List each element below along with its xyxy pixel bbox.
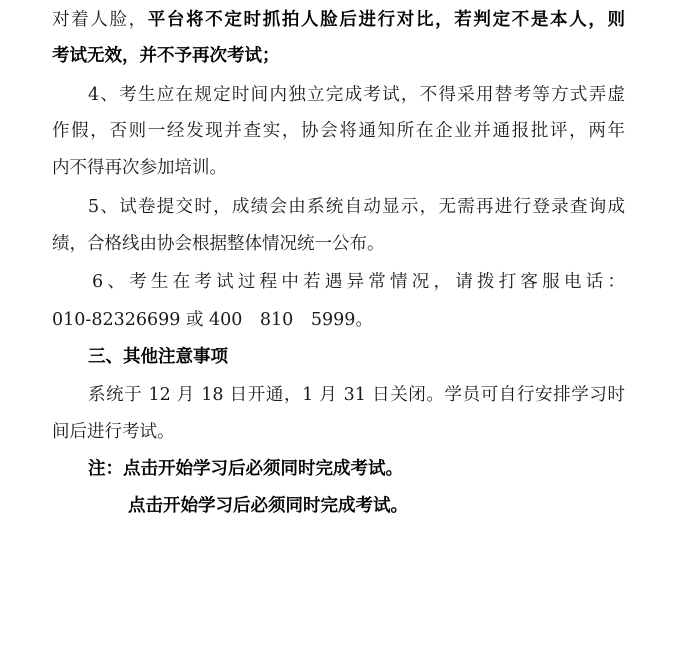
section3-line2: 间后进行考试。	[52, 414, 625, 451]
rule4-line1: 4、考生应在规定时间内独立完成考试，不得采用替考等方式弄虚	[88, 77, 625, 114]
note-line1: 注：点击开始学习后必须同时完成考试。	[88, 451, 625, 488]
rule3-continuation-line2: 考试无效，并不予再次考试；	[52, 38, 625, 75]
rule6-line1: 6、考生在考试过程中若遇异常情况，请拨打客服电话：	[92, 264, 625, 301]
rule5-line1: 5、试卷提交时，成绩会由系统自动显示，无需再进行登录查询成	[88, 189, 625, 226]
rule3-continuation-line1: 对着人脸，平台将不定时抓拍人脸后进行对比，若判定不是本人，则	[52, 2, 625, 39]
rule4-line2: 作假，否则一经发现并查实，协会将通知所在企业并通报批评，两年	[52, 113, 625, 150]
section3-heading: 三、其他注意事项	[88, 339, 625, 376]
rule3-normal-text: 对着人脸，	[52, 10, 148, 30]
rule6-line2-phone: 010-82326699 或 400 810 5999。	[52, 302, 625, 339]
note-line2: 点击开始学习后必须同时完成考试。	[128, 488, 625, 525]
rule5-line2: 绩，合格线由协会根据整体情况统一公布。	[52, 226, 625, 263]
rule4-line3: 内不得再次参加培训。	[52, 150, 625, 187]
rule3-bold-text: 平台将不定时抓拍人脸后进行对比，若判定不是本人，则	[148, 10, 625, 30]
section3-line1: 系统于 12 月 18 日开通，1 月 31 日关闭。学员可自行安排学习时	[88, 377, 625, 414]
